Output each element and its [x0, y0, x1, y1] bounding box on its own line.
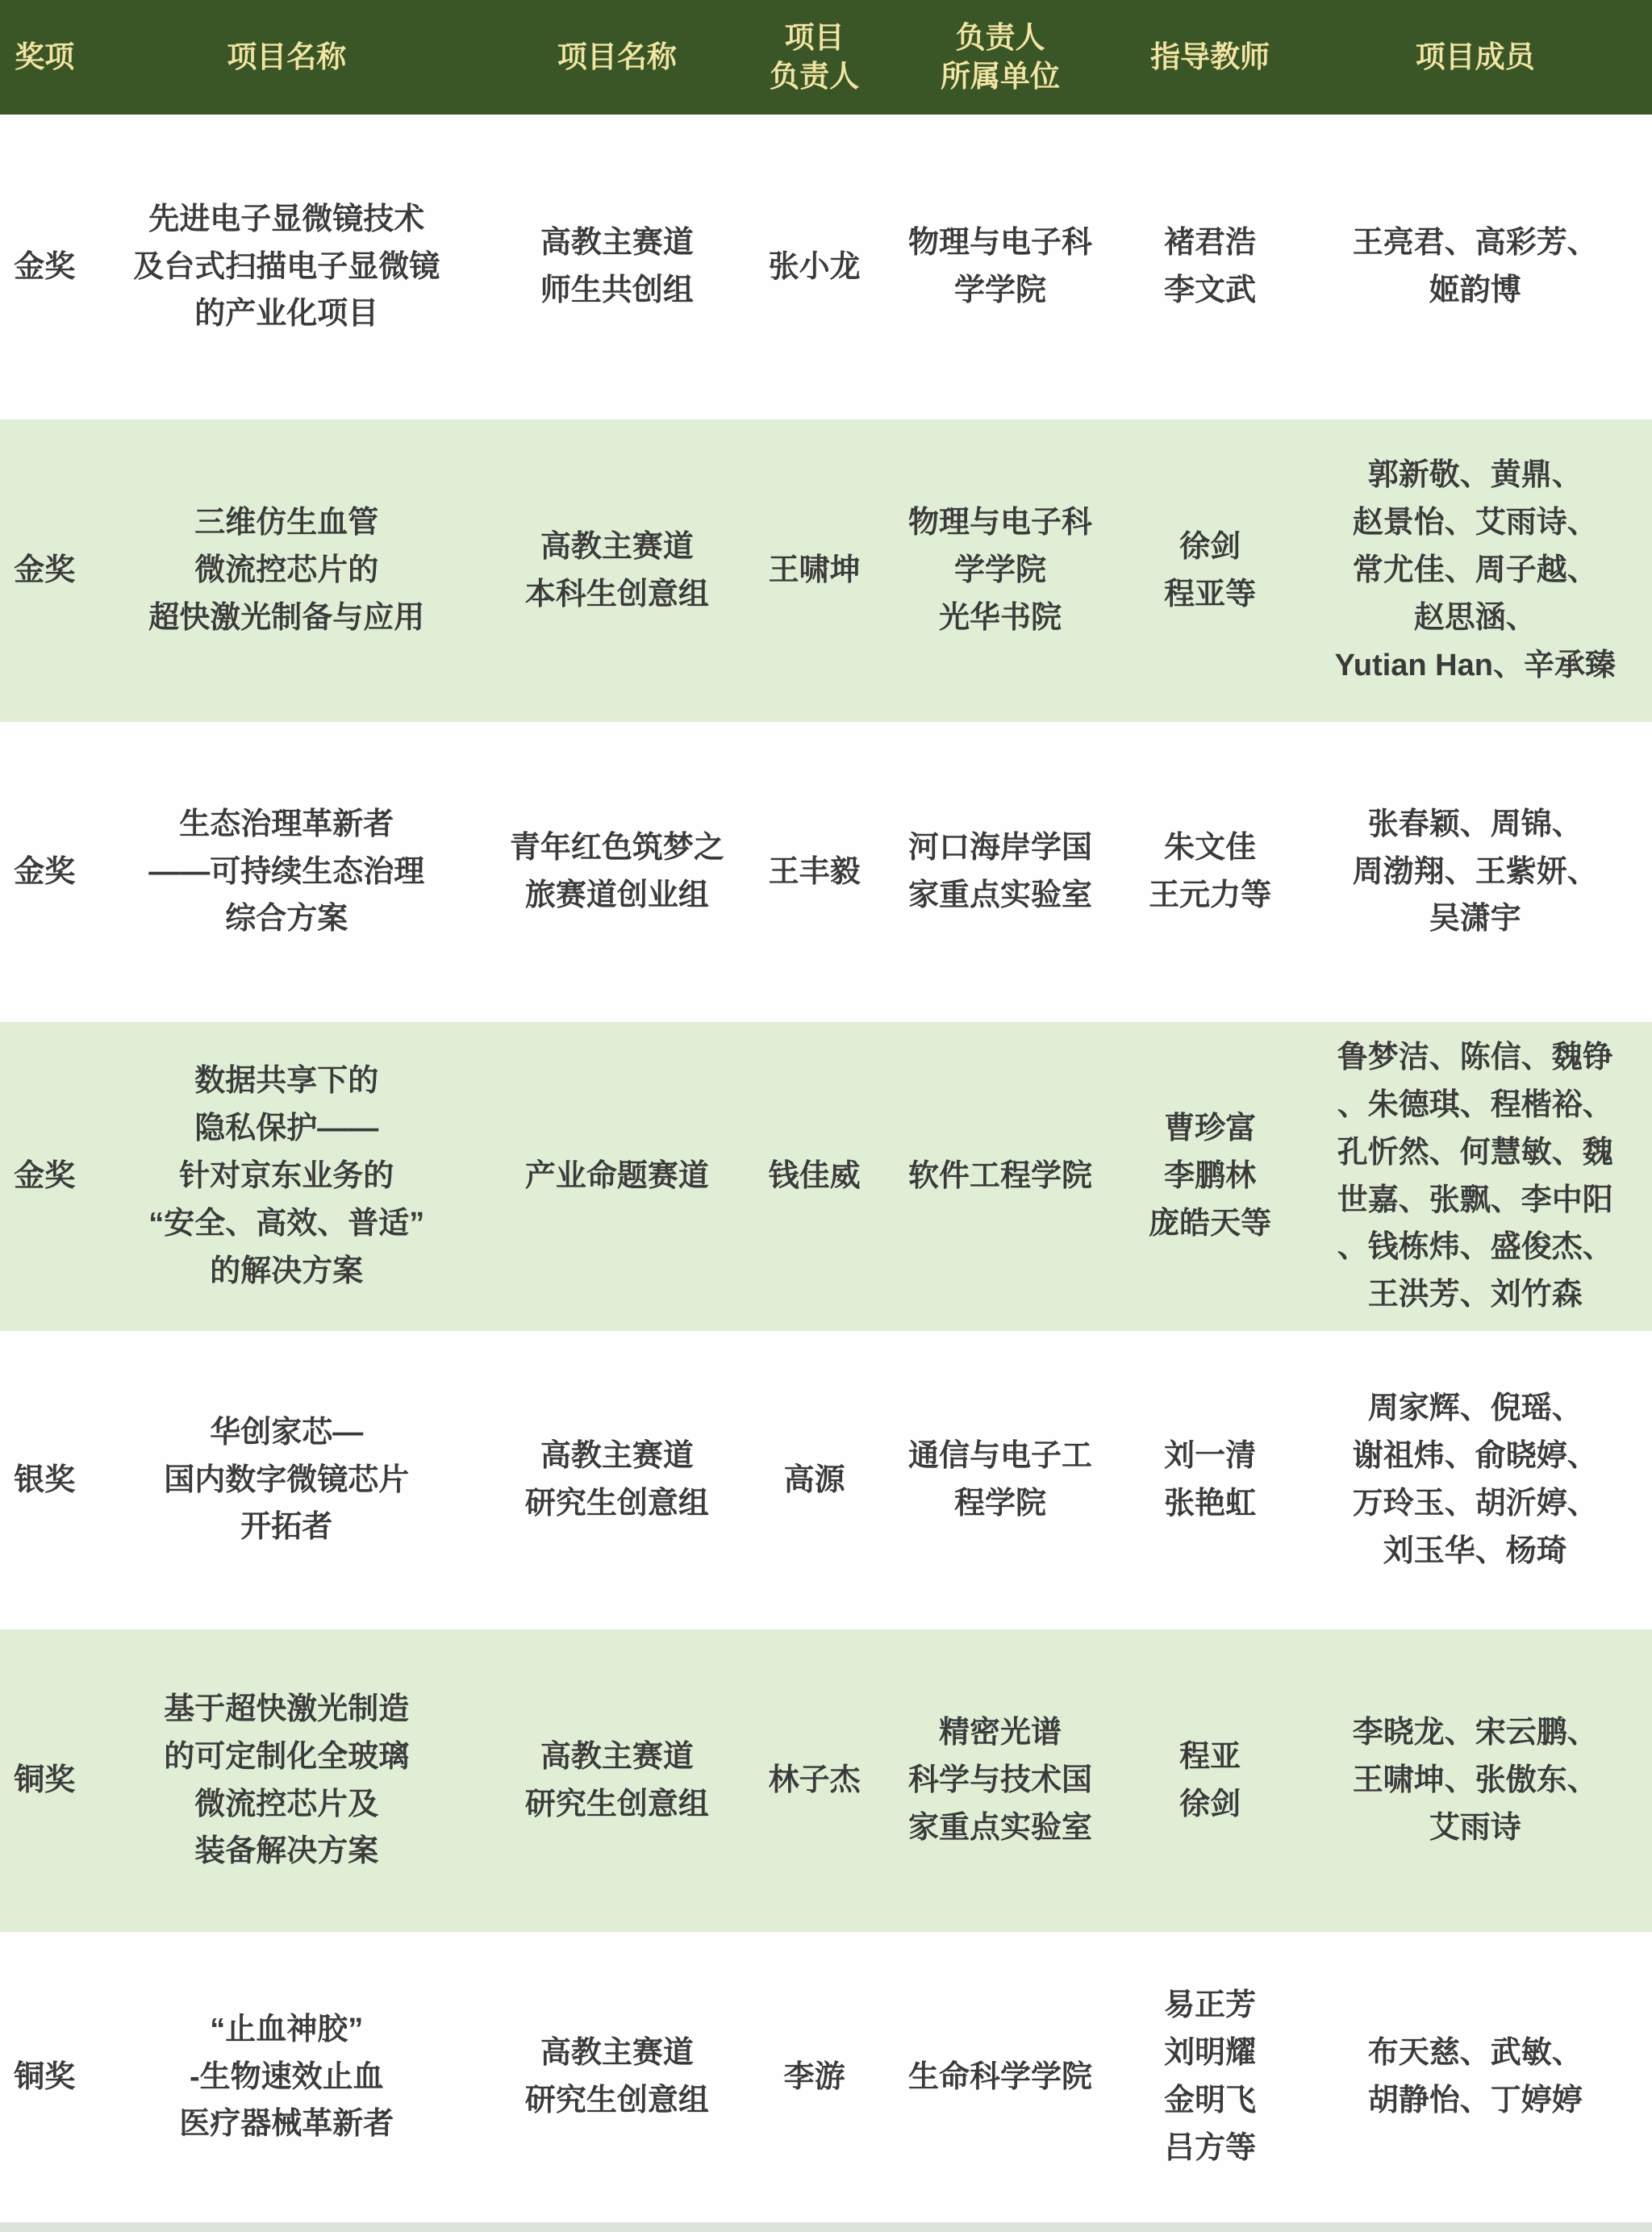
cell-award: 银奖: [0, 1331, 90, 1629]
cell-track: 高教主赛道 研究生创意组: [484, 1932, 750, 2222]
header-project-name: 项目名称: [90, 0, 484, 115]
cell-award: 金奖: [0, 115, 90, 419]
table-row: 铜奖 “止血神胶” -生物速效止血 医疗器械革新者 高教主赛道 研究生创意组 李…: [0, 1932, 1652, 2222]
cell-track: 青年红色筑梦之 旅赛道创业组: [484, 722, 750, 1022]
award-table-page: 奖项 项目名称 项目名称 项目 负责人 负责人 所属单位 指导教师 项目成员 金…: [0, 0, 1652, 2232]
header-leader-unit: 负责人 所属单位: [879, 0, 1122, 115]
next-row-top-edge: [0, 2222, 1652, 2232]
cell-project-leader: 钱佳威: [750, 1022, 879, 1331]
cell-project-name: 先进电子显微镜技术 及台式扫描电子显微镜 的产业化项目: [90, 115, 484, 419]
table-row: 银奖 华创家芯— 国内数字微镜芯片 开拓者 高教主赛道 研究生创意组 高源 通信…: [0, 1331, 1652, 1629]
cell-track: 高教主赛道 本科生创意组: [484, 419, 750, 722]
cell-advisor: 褚君浩 李文武: [1122, 115, 1299, 419]
cell-award: 铜奖: [0, 1932, 90, 2222]
cell-project-name: “止血神胶” -生物速效止血 医疗器械革新者: [90, 1932, 484, 2222]
cell-members: 布天慈、武敏、 胡静怡、丁婷婷: [1299, 1932, 1652, 2222]
cell-members: 周家辉、倪瑶、 谢祖炜、俞晓婷、 万玲玉、胡沂婷、 刘玉华、杨琦: [1299, 1331, 1652, 1629]
cell-award: 金奖: [0, 1022, 90, 1331]
cell-advisor: 曹珍富 李鹏林 庞皓天等: [1122, 1022, 1299, 1331]
cell-award: 铜奖: [0, 1629, 90, 1932]
cell-members: 张春颖、周锦、 周渤翔、王紫妍、 吴潇宇: [1299, 722, 1652, 1022]
cell-track: 高教主赛道 研究生创意组: [484, 1629, 750, 1932]
cell-project-leader: 王啸坤: [750, 419, 879, 722]
cell-advisor: 程亚 徐剑: [1122, 1629, 1299, 1932]
cell-leader-unit: 物理与电子科 学学院: [879, 115, 1122, 419]
cell-project-leader: 高源: [750, 1331, 879, 1629]
cell-leader-unit: 物理与电子科 学学院 光华书院: [879, 419, 1122, 722]
header-award: 奖项: [0, 0, 90, 115]
cell-project-name: 基于超快激光制造 的可定制化全玻璃 微流控芯片及 装备解决方案: [90, 1629, 484, 1932]
cell-project-leader: 王丰毅: [750, 722, 879, 1022]
cell-advisor: 刘一清 张艳虹: [1122, 1331, 1299, 1629]
cell-project-name: 三维仿生血管 微流控芯片的 超快激光制备与应用: [90, 419, 484, 722]
cell-project-leader: 张小龙: [750, 115, 879, 419]
table-row: 金奖 数据共享下的 隐私保护—— 针对京东业务的 “安全、高效、普适” 的解决方…: [0, 1022, 1652, 1331]
cell-track: 高教主赛道 师生共创组: [484, 115, 750, 419]
cell-advisor: 易正芳 刘明耀 金明飞 吕方等: [1122, 1932, 1299, 2222]
cell-award: 金奖: [0, 419, 90, 722]
cell-award: 金奖: [0, 722, 90, 1022]
cell-project-leader: 李游: [750, 1932, 879, 2222]
cell-members: 鲁梦洁、陈信、魏铮 、朱德琪、程楷裕、 孔忻然、何慧敏、魏 世嘉、张飘、李中阳 …: [1299, 1022, 1652, 1331]
cell-track: 高教主赛道 研究生创意组: [484, 1331, 750, 1629]
cell-project-name: 生态治理革新者 ——可持续生态治理 综合方案: [90, 722, 484, 1022]
cell-leader-unit: 河口海岸学国 家重点实验室: [879, 722, 1122, 1022]
header-row: 奖项 项目名称 项目名称 项目 负责人 负责人 所属单位 指导教师 项目成员: [0, 0, 1652, 115]
table-row: 金奖 三维仿生血管 微流控芯片的 超快激光制备与应用 高教主赛道 本科生创意组 …: [0, 419, 1652, 722]
cell-members: 郭新敬、黄鼎、 赵景怡、艾雨诗、 常尤佳、周子越、 赵思涵、 Yutian Ha…: [1299, 419, 1652, 722]
table-row: 铜奖 基于超快激光制造 的可定制化全玻璃 微流控芯片及 装备解决方案 高教主赛道…: [0, 1629, 1652, 1932]
cell-project-leader: 林子杰: [750, 1629, 879, 1932]
header-project-leader: 项目 负责人: [750, 0, 879, 115]
cell-leader-unit: 通信与电子工 程学院: [879, 1331, 1122, 1629]
header-advisor: 指导教师: [1122, 0, 1299, 115]
cell-project-name: 华创家芯— 国内数字微镜芯片 开拓者: [90, 1331, 484, 1629]
cell-leader-unit: 生命科学学院: [879, 1932, 1122, 2222]
cell-track: 产业命题赛道: [484, 1022, 750, 1331]
cell-members: 王亮君、高彩芳、 姬韵博: [1299, 115, 1652, 419]
cell-advisor: 徐剑 程亚等: [1122, 419, 1299, 722]
table-row: 金奖 先进电子显微镜技术 及台式扫描电子显微镜 的产业化项目 高教主赛道 师生共…: [0, 115, 1652, 419]
cell-advisor: 朱文佳 王元力等: [1122, 722, 1299, 1022]
cell-project-name: 数据共享下的 隐私保护—— 针对京东业务的 “安全、高效、普适” 的解决方案: [90, 1022, 484, 1331]
cell-members: 李晓龙、宋云鹏、 王啸坤、张傲东、 艾雨诗: [1299, 1629, 1652, 1932]
cell-leader-unit: 精密光谱 科学与技术国 家重点实验室: [879, 1629, 1122, 1932]
header-track: 项目名称: [484, 0, 750, 115]
table-row: 金奖 生态治理革新者 ——可持续生态治理 综合方案 青年红色筑梦之 旅赛道创业组…: [0, 722, 1652, 1022]
header-members: 项目成员: [1299, 0, 1652, 115]
cell-leader-unit: 软件工程学院: [879, 1022, 1122, 1331]
